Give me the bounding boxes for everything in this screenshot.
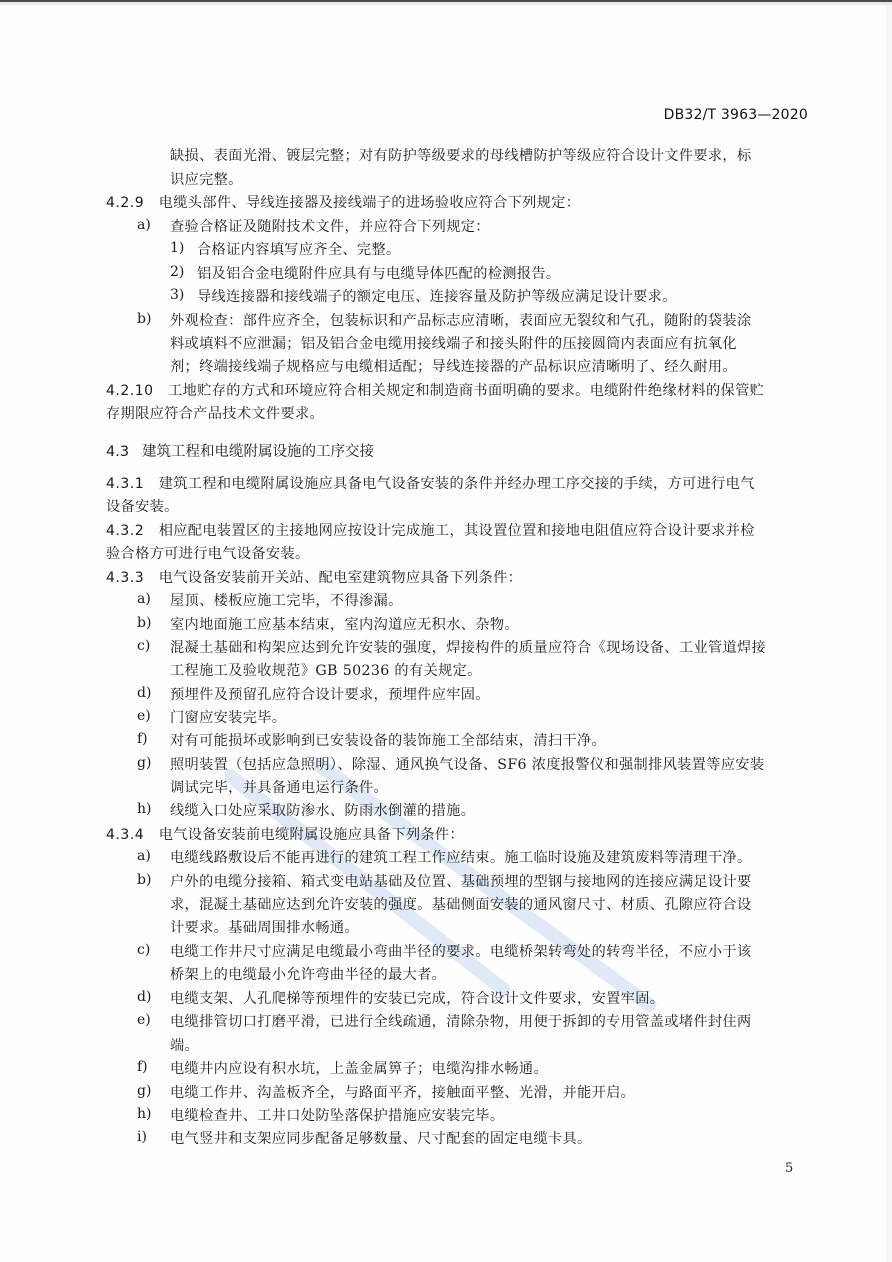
list-item-text: 料或填料不应泄漏；铝及铝合金电缆用接线端子和接头附件的压接圆筒内表面应有抗氧化 — [170, 334, 737, 354]
list-marker: h) — [137, 801, 151, 817]
sub-list-marker: 1) — [170, 240, 184, 256]
list-item-text: 对有可能损坏或影响到已安装设备的装饰施工全部结束，清扫干净。 — [170, 731, 606, 751]
list-marker: f) — [137, 731, 148, 747]
list-item-text: 门窗应安装完毕。 — [170, 708, 286, 728]
section-title: 建筑工程和电缆附属设施的工序交接 — [142, 444, 374, 460]
paragraph-line: 识应完整。 — [170, 170, 243, 190]
list-item-text: 桥架上的电缆最小允许弯曲半径的最大者。 — [170, 965, 446, 985]
list-item-text: 电缆支架、人孔爬梯等预埋件的安装已完成，符合设计文件要求，安置牢固。 — [170, 989, 664, 1009]
clause-text: 电气设备安装前电缆附属设施应具备下列条件： — [159, 827, 464, 843]
clause-4-3-2: 4.3.2 相应配电装置区的主接地网应按设计完成施工，其设置位置和接地电阻值应符… — [106, 521, 755, 541]
list-item-text: 外观检查：部件应齐全，包装标识和产品标志应清晰，表面应无裂纹和气孔，随附的袋装涂 — [170, 311, 752, 331]
paragraph-line: 设备安装。 — [106, 497, 179, 517]
paragraph-line: 验合格方可进行电气设备安装。 — [106, 544, 310, 564]
list-marker: c) — [137, 942, 150, 958]
list-marker: b) — [137, 615, 151, 631]
clause-text: 电缆头部件、导线连接器及接线端子的进场验收应符合下列规定： — [159, 195, 581, 211]
list-item-text: 电气竖井和支架应同步配备足够数量、尺寸配套的固定电缆卡具。 — [170, 1129, 592, 1149]
clause-text: 建筑工程和电缆附属设施应具备电气设备安装的条件并经办理工序交接的手续，方可进行电… — [159, 476, 755, 492]
list-item-text: 电缆排管切口打磨平滑，已进行全线疏通，清除杂物，用便于拆卸的专用管盖或堵件封住两 — [170, 1012, 752, 1032]
list-item-text: 屋顶、楼板应施工完毕，不得渗漏。 — [170, 591, 403, 611]
list-marker: f) — [137, 1059, 148, 1075]
list-item-text: 工程施工及验收规范》GB 50236 的有关规定。 — [170, 661, 482, 681]
list-item-text: 预埋件及预留孔应符合设计要求，预埋件应牢固。 — [170, 685, 490, 705]
list-marker: h) — [137, 1106, 151, 1122]
sub-list-marker: 2) — [170, 264, 184, 280]
list-marker: b) — [137, 311, 151, 327]
list-item-text: 查验合格证及随附技术文件，并应符合下列规定： — [170, 217, 490, 237]
list-item-text: 计要求。基础周围排水畅通。 — [170, 918, 359, 938]
section-heading-4-3: 4.3建筑工程和电缆附属设施的工序交接 — [106, 440, 374, 461]
list-item-text: 户外的电缆分接箱、箱式变电站基础及位置、基础预埋的型钢与接地网的连接应满足设计要 — [170, 872, 752, 892]
list-marker: a) — [137, 848, 151, 864]
sub-list-text: 铝及铝合金电缆附件应具有与电缆导体匹配的检测报告。 — [197, 264, 560, 284]
clause-text: 相应配电装置区的主接地网应按设计完成施工，其设置位置和接地电阻值应符合设计要求并… — [159, 523, 755, 539]
clause-number: 4.3.3 — [106, 570, 144, 586]
list-item-text: 电缆线路敷设后不能再进行的建筑工程工作应结束。施工临时设施及建筑废料等清理干净。 — [170, 848, 752, 868]
clause-4-2-10: 4.2.10 工地贮存的方式和环境应符合相关规定和制造商书面明确的要求。电缆附件… — [106, 381, 764, 401]
clause-number: 4.3.4 — [106, 827, 144, 843]
list-item-text: 剂；终端接线端子规格应与电缆相适配；导线连接器的产品标识应清晰明了、经久耐用。 — [170, 357, 737, 377]
clause-4-3-3: 4.3.3 电气设备安装前开关站、配电室建筑物应具备下列条件： — [106, 568, 522, 588]
clause-4-3-1: 4.3.1 建筑工程和电缆附属设施应具备电气设备安装的条件并经办理工序交接的手续… — [106, 474, 755, 494]
paragraph-line: 存期限应符合产品技术文件要求。 — [106, 404, 324, 424]
clause-4-2-9: 4.2.9 电缆头部件、导线连接器及接线端子的进场验收应符合下列规定： — [106, 193, 580, 213]
list-item-text: 电缆工作井尺寸应满足电缆最小弯曲半径的要求。电缆桥架转弯处的转弯半径，不应小于该 — [170, 942, 752, 962]
sub-list-text: 导线连接器和接线端子的额定电压、连接容量及防护等级应满足设计要求。 — [197, 287, 677, 307]
list-item-text: 照明装置（包括应急照明）、除湿、通风换气设备、SF6 浓度报警仪和强制排风装置等… — [170, 755, 764, 775]
list-item-text: 室内地面施工应基本结束，室内沟道应无积水、杂物。 — [170, 615, 519, 635]
clause-number: 4.2.10 — [106, 383, 154, 399]
standard-code-header: DB32/T 3963—2020 — [664, 107, 808, 123]
list-item-text: 求，混凝土基础应达到允许安装的强度。基础侧面安装的通风窗尺寸、材质、孔隙应符合设 — [170, 895, 752, 915]
clause-text: 工地贮存的方式和环境应符合相关规定和制造商书面明确的要求。电缆附件绝缘材料的保管… — [168, 383, 764, 399]
list-item-text: 线缆入口处应采取防渗水、防雨水倒灌的措施。 — [170, 801, 475, 821]
list-item-text: 电缆工作井、沟盖板齐全，与路面平齐，接触面平整、光滑，并能开启。 — [170, 1083, 635, 1103]
clause-number: 4.3.1 — [106, 476, 144, 492]
list-marker: d) — [137, 685, 151, 701]
clause-text: 电气设备安装前开关站、配电室建筑物应具备下列条件： — [159, 570, 522, 586]
section-number: 4.3 — [106, 444, 142, 460]
clause-number: 4.2.9 — [106, 195, 144, 211]
clause-4-3-4: 4.3.4 电气设备安装前电缆附属设施应具备下列条件： — [106, 825, 464, 845]
list-marker: i) — [137, 1129, 147, 1145]
list-marker: b) — [137, 872, 151, 888]
list-marker: a) — [137, 591, 151, 607]
list-marker: e) — [137, 1012, 151, 1028]
list-marker: d) — [137, 989, 151, 1005]
list-item-text: 端。 — [170, 1036, 199, 1056]
paragraph-line: 缺损、表面光滑、镀层完整；对有防护等级要求的母线槽防护等级应符合设计文件要求，标 — [170, 146, 752, 166]
page-top-shadow — [0, 2, 892, 5]
list-marker: g) — [137, 1083, 151, 1099]
list-item-text: 调试完毕，并具备通电运行条件。 — [170, 778, 388, 798]
page-right-edge — [886, 5, 892, 1262]
list-item-text: 电缆井内应设有积水坑，上盖金属箅子；电缆沟排水畅通。 — [170, 1059, 548, 1079]
page-number: 5 — [785, 1161, 793, 1176]
list-item-text: 电缆检查井、工井口处防坠落保护措施应安装完毕。 — [170, 1106, 504, 1126]
list-item-text: 混凝土基础和构架应达到允许安装的强度，焊接构件的质量应符合《现场设备、工业管道焊… — [170, 638, 766, 658]
list-marker: g) — [137, 755, 151, 771]
list-marker: c) — [137, 638, 150, 654]
list-marker: e) — [137, 708, 151, 724]
clause-number: 4.3.2 — [106, 523, 144, 539]
sub-list-text: 合格证内容填写应齐全、完整。 — [197, 240, 401, 260]
sub-list-marker: 3) — [170, 287, 184, 303]
list-marker: a) — [137, 217, 151, 233]
